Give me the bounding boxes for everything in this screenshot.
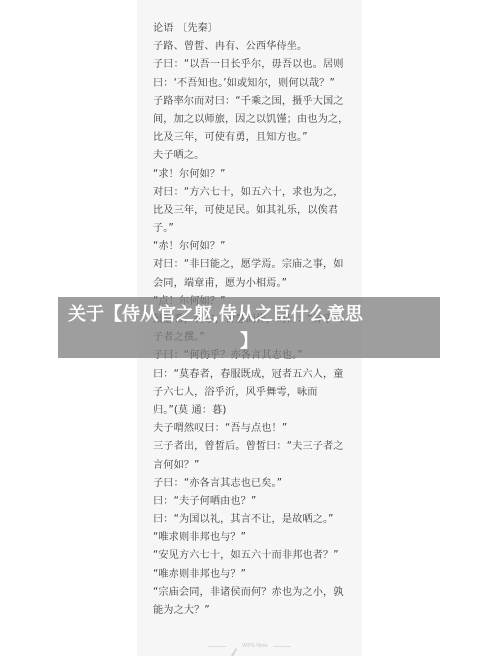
divider-right — [273, 646, 291, 647]
text-line: 曰：“为国以礼，其言不让，是故哂之。” — [153, 511, 348, 529]
text-line: 会同，端章甫，愿为小相焉。” — [153, 275, 348, 293]
text-line: “安见方六七十，如五六十而非邦也者？” — [153, 547, 348, 565]
text-line: 三子者出，曾皙后。曾皙曰：“夫三子者之 — [153, 438, 348, 456]
text-line: 间，加之以师旅，因之以饥馑；由也为之， — [153, 111, 348, 129]
text-line: 曰：‘不吾知也。’如或知尔，则何以哉？” — [153, 75, 348, 93]
text-line: 对曰：“方六七十，如五六十，求也为之， — [153, 184, 348, 202]
text-line: “赤！尔何如？” — [153, 238, 348, 256]
text-line: 曰：“夫子何哂由也？” — [153, 493, 348, 511]
text-line: 言何如？” — [153, 457, 348, 475]
text-line: 曰：“莫春者，春服既成，冠者五六人，童 — [153, 366, 348, 384]
text-line: “求！尔何如？” — [153, 166, 348, 184]
text-line: 子。” — [153, 220, 348, 238]
text-line: 归。”(莫 通：暮) — [153, 402, 348, 420]
text-line: “唯赤则非邦也与？” — [153, 566, 348, 584]
text-line: 对曰：“非曰能之，愿学焉。宗庙之事，如 — [153, 256, 348, 274]
wps-note-label: WPS Note — [242, 643, 268, 649]
text-line: 论语 〔先秦〕 — [153, 20, 348, 38]
text-line: 夫子喟然叹曰：“吾与点也！” — [153, 420, 348, 438]
text-line: 子六七人，浴乎沂，风乎舞雩，咏而 — [153, 384, 348, 402]
divider-left — [208, 646, 226, 647]
text-line: 子曰：“亦各言其志也已矣。” — [153, 475, 348, 493]
text-line: 比及三年，可使有勇，且知方也。” — [153, 129, 348, 147]
title-line-1: 关于【侍从官之躯,侍从之臣什么意思 — [68, 304, 363, 325]
title-banner: 关于【侍从官之躯,侍从之臣什么意思 】 — [58, 297, 440, 358]
text-line: 能为之大？” — [153, 602, 348, 620]
text-line: “宗庙会同，非诸侯而何？赤也为之小，孰 — [153, 584, 348, 602]
wps-note-footer: WPS Note — [137, 640, 362, 652]
text-line: 子曰：“以吾一日长乎尔，毋吾以也。居则 — [153, 56, 348, 74]
text-line: “唯求则非邦也与？” — [153, 529, 348, 547]
text-line: 子路率尔而对曰：“千乘之国，摄乎大国之 — [153, 93, 348, 111]
title-line-2: 】 — [68, 328, 430, 355]
text-line: 子路、曾皙、冉有、公西华侍坐。 — [153, 38, 348, 56]
article-title[interactable]: 关于【侍从官之躯,侍从之臣什么意思 】 — [68, 301, 430, 355]
pen-icon — [231, 642, 237, 651]
text-line: 比及三年，可使足民。如其礼乐，以俟君 — [153, 202, 348, 220]
text-line: 夫子哂之。 — [153, 147, 348, 165]
